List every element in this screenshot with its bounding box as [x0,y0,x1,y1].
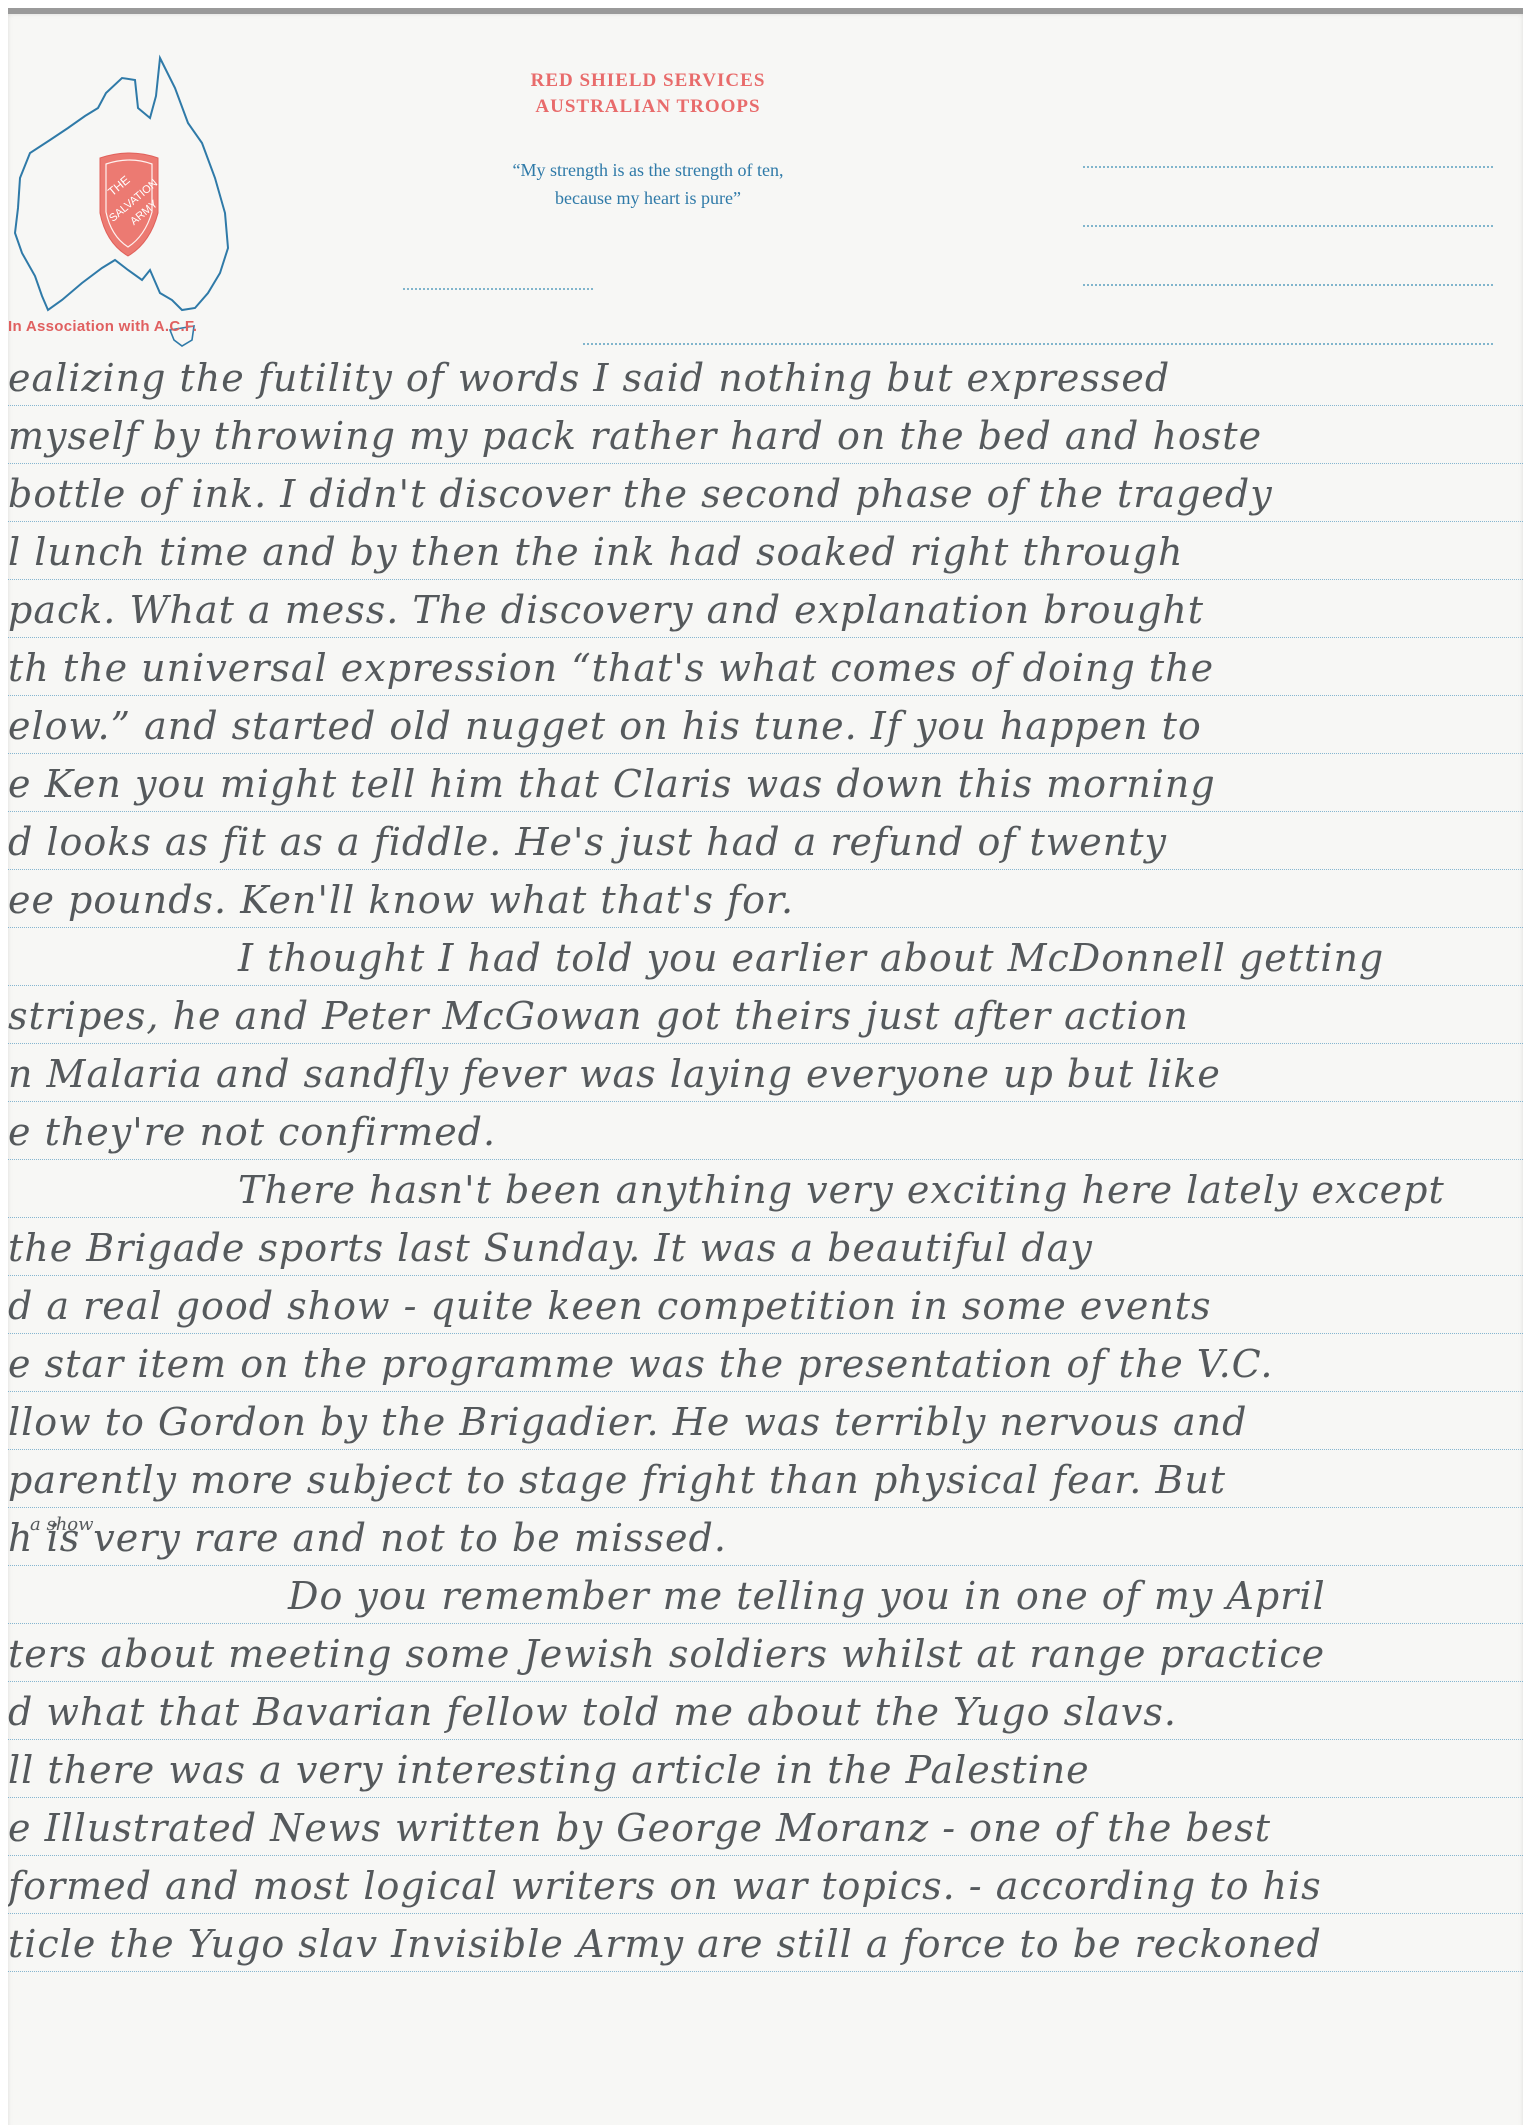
ruled-line [8,1971,1523,1972]
address-line [583,343,1493,345]
ruled-line [8,405,1523,406]
ruled-line [8,1275,1523,1276]
letter-line: ters about meeting some Jewish soldiers … [8,1632,1325,1676]
australia-map-outline-icon: THE SALVATION ARMY [10,48,340,348]
letter-line: d what that Bavarian fellow told me abou… [8,1690,1177,1734]
ruled-line [8,1449,1523,1450]
letter-line: formed and most logical writers on war t… [8,1864,1322,1908]
letter-line: ticle the Yugo slav Invisible Army are s… [8,1922,1322,1966]
ruled-line [8,985,1523,986]
letter-line: e Ken you might tell him that Claris was… [8,762,1216,806]
organization-title: RED SHIELD SERVICES AUSTRALIAN TROOPS [458,68,838,120]
motto: “My strength is as the strength of ten, … [418,156,878,212]
motto-line-1: “My strength is as the strength of ten, [418,156,878,184]
ruled-line [8,579,1523,580]
letter-line: e they're not confirmed. [8,1110,496,1154]
letter-line: stripes, he and Peter McGowan got theirs… [8,994,1189,1038]
association-label: In Association with A.C.F. [8,318,197,335]
letter-line: d a real good show - quite keen competit… [8,1284,1212,1328]
letter-line: d looks as fit as a fiddle. He's just ha… [8,820,1167,864]
ruled-line [8,695,1523,696]
address-line [403,288,593,290]
letter-line: e star item on the programme was the pre… [8,1342,1273,1386]
ruled-line [8,869,1523,870]
letter-line: I thought I had told you earlier about M… [238,936,1384,980]
org-line-2: AUSTRALIAN TROOPS [458,94,838,120]
address-line [1083,284,1493,286]
letter-line: ll there was a very interesting article … [8,1748,1090,1792]
letter-line: parently more subject to stage fright th… [8,1458,1226,1502]
letter-line: bottle of ink. I didn't discover the sec… [8,472,1273,516]
ruled-line [8,753,1523,754]
ruled-line [8,521,1523,522]
letter-line: th the universal expression “that's what… [8,646,1214,690]
letter-line: ee pounds. Ken'll know what that's for. [8,878,794,922]
letter-line: elow.” and started old nugget on his tun… [8,704,1202,748]
letter-page: THE SALVATION ARMY In Association with A… [8,8,1523,2125]
ruled-line [8,1739,1523,1740]
salvation-army-shield-icon: THE SALVATION ARMY [100,153,161,256]
ruled-line [8,1797,1523,1798]
ruled-line [8,927,1523,928]
ruled-line [8,1913,1523,1914]
ruled-line [8,1855,1523,1856]
letter-line: h is very rare and not to be missed. [8,1516,727,1560]
ruled-line [8,1333,1523,1334]
org-line-1: RED SHIELD SERVICES [458,68,838,94]
address-line [1083,225,1493,227]
ruled-line [8,1217,1523,1218]
ruled-line [8,637,1523,638]
address-line [1083,166,1493,168]
ruled-line [8,1101,1523,1102]
letter-line: llow to Gordon by the Brigadier. He was … [8,1400,1247,1444]
ruled-line [8,1391,1523,1392]
letter-line: There hasn't been anything very exciting… [238,1168,1445,1212]
ruled-line [8,811,1523,812]
ruled-line [8,1565,1523,1566]
motto-line-2: because my heart is pure” [418,184,878,212]
ruled-line [8,1681,1523,1682]
letter-line: myself by throwing my pack rather hard o… [8,414,1262,458]
ruled-line [8,1159,1523,1160]
ruled-line [8,1043,1523,1044]
letter-line: ealizing the futility of words I said no… [8,356,1170,400]
ruled-line [8,1507,1523,1508]
letter-line: pack. What a mess. The discovery and exp… [8,588,1204,632]
letter-line: Do you remember me telling you in one of… [288,1574,1326,1618]
letter-line: l lunch time and by then the ink had soa… [8,530,1183,574]
letterhead: THE SALVATION ARMY In Association with A… [8,8,1523,348]
ruled-line [8,1623,1523,1624]
letter-line: e Illustrated News written by George Mor… [8,1806,1271,1850]
ruled-line [8,463,1523,464]
letter-line: n Malaria and sandfly fever was laying e… [8,1052,1221,1096]
letter-line: the Brigade sports last Sunday. It was a… [8,1226,1093,1270]
